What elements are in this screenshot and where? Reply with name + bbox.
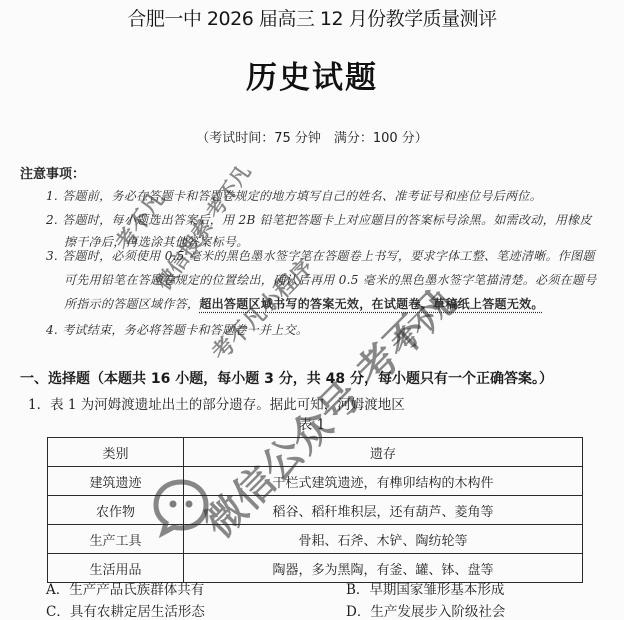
- watermark-small: 考不凡: [382, 280, 463, 361]
- notice-item-4: 4. 考试结束，务必将答题卡和答题卷一并上交。: [46, 321, 308, 338]
- notice-item-number: 4.: [46, 323, 58, 337]
- option-text: 生产产品氏族群体共有: [69, 582, 204, 598]
- option-label: C．: [46, 604, 70, 620]
- subject-title: 历史试题: [0, 52, 624, 97]
- notice-item-text: 答题时，必须使用 0.5 毫米的黑色墨水签字笔在答题卷上书写，要求字体工整、笔迹…: [62, 249, 595, 263]
- table-header-category: 类别: [48, 438, 184, 467]
- notice-item-3: 3. 答题时，必须使用 0.5 毫米的黑色墨水签字笔在答题卷上书写，要求字体工整…: [46, 247, 595, 264]
- notice-item-1: 1. 答题前，务必在答题卡和答题卷规定的地方填写自己的姓名、准考证号和座位号后两…: [46, 187, 542, 204]
- notice-item-number: 1.: [46, 189, 58, 203]
- wechat-logo-icon: [150, 476, 212, 538]
- notice-item-3-cont: 可先用铅笔在答题卷规定的位置绘出，确认后再用 0.5 毫米的黑色墨水签字笔描清楚…: [64, 271, 597, 288]
- option-label: D．: [346, 604, 370, 620]
- table-caption: 表 1: [0, 413, 624, 433]
- option-label: A．: [46, 582, 69, 598]
- exam-name: 合肥一中 2026 届高三 12 月份教学质量测评: [0, 4, 624, 31]
- question-stem: 1．表 1 为河姆渡遗址出土的部分遗存。据此可知，河姆渡地区: [28, 393, 405, 413]
- table-cell-relics: 稻谷、稻秆堆积层，还有葫芦、菱角等: [184, 496, 583, 525]
- notice-item-text: 考试结束，务必将答题卡和答题卷一并上交。: [62, 323, 308, 337]
- notice-item-3-cont2: 所指示的答题区域作答，超出答题区域书写的答案无效，在试题卷、草稿纸上答题无效。: [64, 295, 544, 312]
- option-b[interactable]: B．早期国家雏形基本形成: [346, 578, 504, 598]
- table-cell-relics: 干栏式建筑遗迹，有榫卯结构的木构件: [184, 467, 583, 496]
- option-a[interactable]: A．生产产品氏族群体共有: [46, 578, 204, 598]
- option-text: 具有农耕定居生活形态: [70, 604, 205, 620]
- option-label: B．: [346, 582, 369, 598]
- notice-item-number: 3.: [46, 249, 58, 263]
- table-row: 建筑遗迹 干栏式建筑遗迹，有榫卯结构的木构件: [48, 467, 583, 496]
- notice-item-text: 答题时，每小题选出答案后，用 2B 铅笔把答题卡上对应题目的答案标号涂黑。如需改…: [62, 213, 592, 227]
- option-c[interactable]: C．具有农耕定居生活形态: [46, 600, 205, 620]
- relics-table: 类别 遗存 建筑遗迹 干栏式建筑遗迹，有榫卯结构的木构件 农作物 稻谷、稻秆堆积…: [47, 437, 583, 583]
- notice-text-emphasis: 超出答题区域书写的答案无效，在试题卷、草稿纸上答题无效。: [199, 297, 543, 311]
- option-d[interactable]: D．生产发展步入阶级社会: [346, 600, 505, 620]
- table-header-row: 类别 遗存: [48, 438, 583, 467]
- table-cell-relics: 骨耜、石斧、木铲、陶纺轮等: [184, 525, 583, 554]
- table-header-relics: 遗存: [184, 438, 583, 467]
- table-row: 农作物 稻谷、稻秆堆积层，还有葫芦、菱角等: [48, 496, 583, 525]
- notice-heading: 注意事项：: [20, 163, 85, 182]
- table-row: 生产工具 骨耜、石斧、木铲、陶纺轮等: [48, 525, 583, 554]
- exam-info: （考试时间：75 分钟 满分：100 分）: [0, 127, 624, 146]
- option-text: 早期国家雏形基本形成: [369, 582, 504, 598]
- notice-item-number: 2.: [46, 213, 58, 227]
- notice-item-text: 答题前，务必在答题卡和答题卷规定的地方填写自己的姓名、准考证号和座位号后两位。: [62, 189, 542, 203]
- notice-item-2: 2. 答题时，每小题选出答案后，用 2B 铅笔把答题卡上对应题目的答案标号涂黑。…: [46, 211, 592, 228]
- option-text: 生产发展步入阶级社会: [370, 604, 505, 620]
- notice-text-plain: 所指示的答题区域作答，: [64, 297, 199, 311]
- section-title: 一、选择题（本题共 16 小题，每小题 3 分，共 48 分，每小题只有一个正确…: [20, 368, 553, 388]
